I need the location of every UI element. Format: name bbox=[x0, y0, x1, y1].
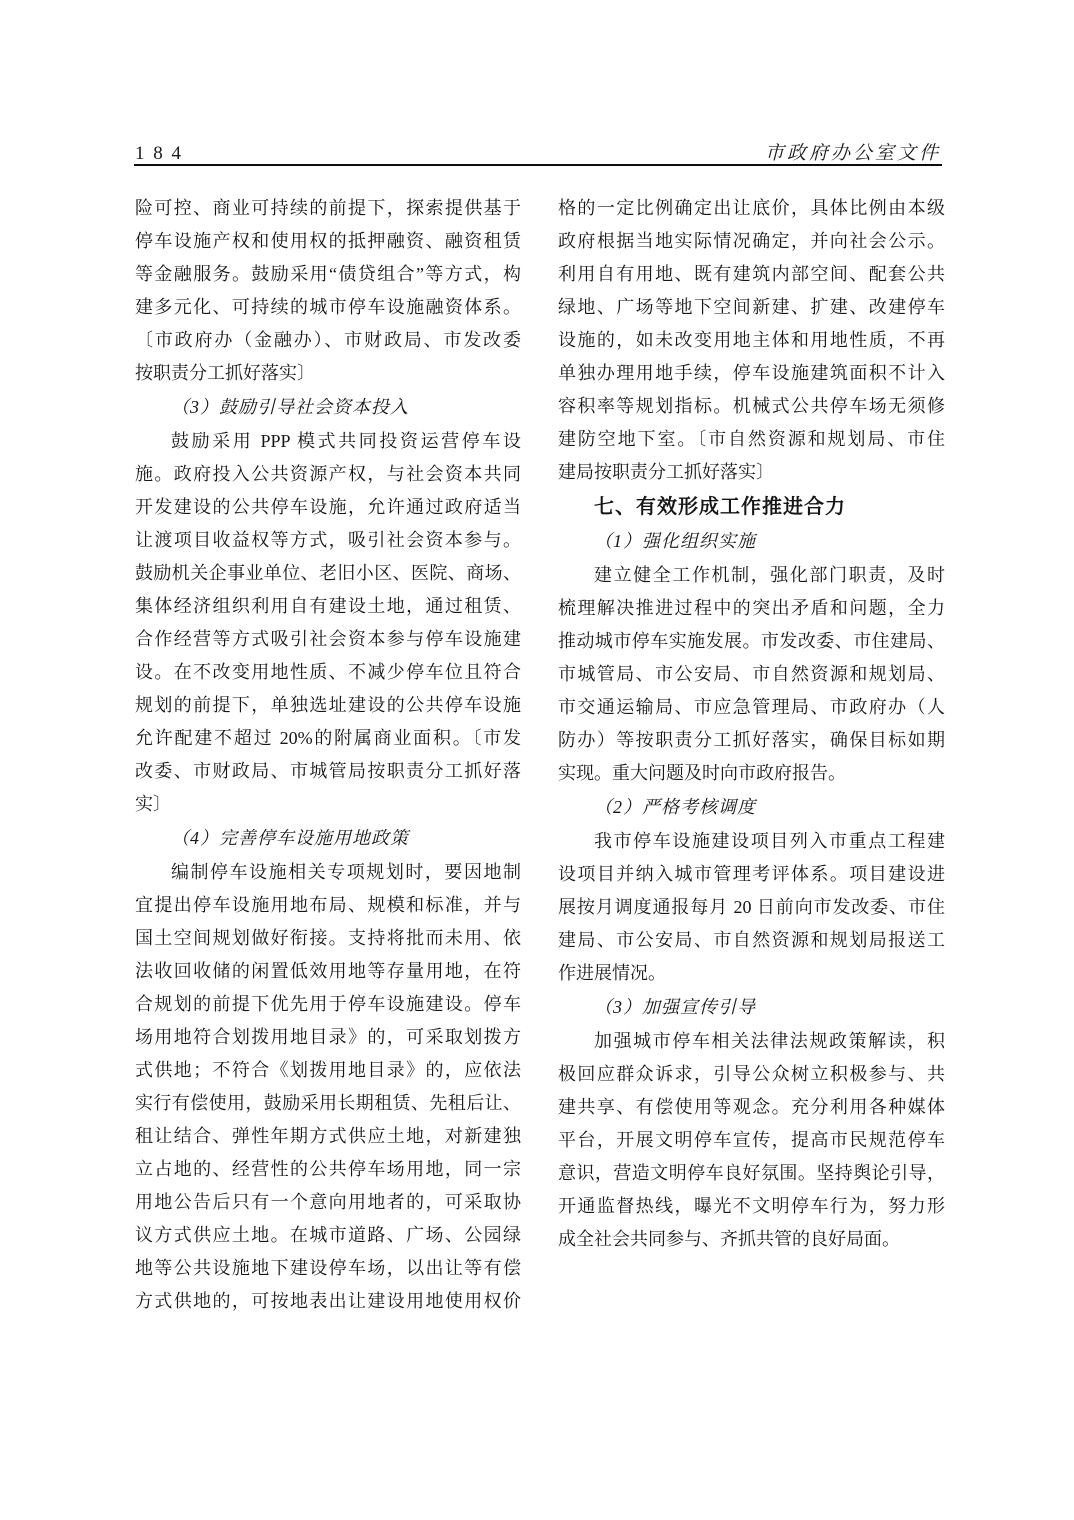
text-line: 鼓励机关企事业单位、老旧小区、医院、商场、 bbox=[135, 557, 521, 590]
text-line: 市城管局、市公安局、市自然资源和规划局、 bbox=[558, 658, 945, 691]
text-line: 改委、市财政局、市城管局按职责分工抓好落 bbox=[135, 755, 521, 788]
text-line: 作进展情况。 bbox=[558, 957, 945, 990]
text-line: 单独办理用地手续，停车设施建筑面积不计入 bbox=[558, 357, 945, 390]
text-line: 地等公共设施地下建设停车场，以出让等有偿 bbox=[135, 1252, 521, 1285]
text-line: 利用自有用地、既有建筑内部空间、配套公共 bbox=[558, 258, 945, 291]
text-line: 绿地、广场等地下空间新建、扩建、改建停车 bbox=[558, 291, 945, 324]
text-line: 设。在不改变用地性质、不减少停车位且符合 bbox=[135, 656, 521, 689]
text-line: 国土空间规划做好衔接。支持将批而未用、依 bbox=[135, 922, 521, 955]
text-line: 等金融服务。鼓励采用“债贷组合”等方式，构 bbox=[135, 258, 521, 291]
text-line: 式供地；不符合《划拨用地目录》的，应依法 bbox=[135, 1054, 521, 1087]
text-line: 极回应群众诉求，引导公众树立积极参与、共 bbox=[558, 1058, 945, 1091]
subsection-heading: （1）强化组织实施 bbox=[558, 525, 945, 558]
subsection-heading: （3）加强宣传引导 bbox=[558, 991, 945, 1024]
text-line: 合作经营等方式吸引社会资本参与停车设施建 bbox=[135, 623, 521, 656]
text-line: 开发建设的公共停车设施，允许通过政府适当 bbox=[135, 491, 521, 524]
text-line: 险可控、商业可持续的前提下，探索提供基于 bbox=[135, 192, 521, 225]
text-line: 场用地符合划拨用地目录》的，可采取划拨方 bbox=[135, 1021, 521, 1054]
text-line: 平台，开展文明停车宣传，提高市民规范停车 bbox=[558, 1124, 945, 1157]
text-line: 建局、市公安局、市自然资源和规划局报送工 bbox=[558, 924, 945, 957]
text-line: 开通监督热线，曝光不文明停车行为，努力形 bbox=[558, 1190, 945, 1223]
text-line: 用地公告后只有一个意向用地者的，可采取协 bbox=[135, 1186, 521, 1219]
text-line: 实现。重大问题及时向市政府报告。 bbox=[558, 757, 945, 790]
text-line: 方式供地的，可按地表出让建设用地使用权价 bbox=[135, 1285, 521, 1318]
page-header: 1 8 4 市政府办公室文件 bbox=[135, 138, 941, 165]
text-line: 集体经济组织利用自有建设土地，通过租赁、 bbox=[135, 590, 521, 623]
text-line: 实〕 bbox=[135, 788, 521, 821]
text-line: 法收回收储的闲置低效用地等存量用地，在符 bbox=[135, 955, 521, 988]
text-column-left: 险可控、商业可持续的前提下，探索提供基于停车设施产权和使用权的抵押融资、融资租赁… bbox=[135, 192, 521, 1318]
text-line: 规划的前提下，单独选址建设的公共停车设施 bbox=[135, 689, 521, 722]
text-line: 让渡项目收益权等方式，吸引社会资本参与。 bbox=[135, 524, 521, 557]
subsection-heading: （4）完善停车设施用地政策 bbox=[135, 822, 521, 855]
text-line: 我市停车设施建设项目列入市重点工程建 bbox=[558, 825, 945, 858]
text-line: 推动城市停车实施发展。市发改委、市住建局、 bbox=[558, 625, 945, 658]
text-line: 成全社会共同参与、齐抓共管的良好局面。 bbox=[558, 1223, 945, 1256]
text-line: 建局按职责分工抓好落实〕 bbox=[558, 456, 945, 489]
text-line: 政府根据当地实际情况确定，并向社会公示。 bbox=[558, 225, 945, 258]
text-line: 鼓励采用 PPP 模式共同投资运营停车设 bbox=[135, 425, 521, 458]
text-line: 加强城市停车相关法律法规政策解读，积 bbox=[558, 1025, 945, 1058]
doc-type-label: 市政府办公室文件 bbox=[765, 138, 941, 165]
header-divider bbox=[134, 164, 942, 166]
page-number: 1 8 4 bbox=[135, 143, 183, 165]
text-line: 建多元化、可持续的城市停车设施融资体系。 bbox=[135, 291, 521, 324]
text-line: 建立健全工作机制，强化部门职责，及时 bbox=[558, 559, 945, 592]
text-line: 梳理解决推进过程中的突出矛盾和问题，全力 bbox=[558, 592, 945, 625]
text-line: 意识，营造文明停车良好氛围。坚持舆论引导， bbox=[558, 1157, 945, 1190]
text-line: 设施的，如未改变用地主体和用地性质，不再 bbox=[558, 324, 945, 357]
text-line: 格的一定比例确定出让底价，具体比例由本级 bbox=[558, 192, 945, 225]
text-line: 市交通运输局、市应急管理局、市政府办（人 bbox=[558, 691, 945, 724]
subsection-heading: （2）严格考核调度 bbox=[558, 791, 945, 824]
text-column-right: 格的一定比例确定出让底价，具体比例由本级政府根据当地实际情况确定，并向社会公示。… bbox=[558, 192, 945, 1256]
text-line: 按职责分工抓好落实〕 bbox=[135, 357, 521, 390]
text-line: 〔市政府办（金融办）、市财政局、市发改委 bbox=[135, 324, 521, 357]
text-line: 议方式供应土地。在城市道路、广场、公园绿 bbox=[135, 1219, 521, 1252]
text-line: 宜提出停车设施用地布局、规模和标准，并与 bbox=[135, 889, 521, 922]
text-line: 合规划的前提下优先用于停车设施建设。停车 bbox=[135, 988, 521, 1021]
text-line: 展按月调度通报每月 20 日前向市发改委、市住 bbox=[558, 891, 945, 924]
document-page: 1 8 4 市政府办公室文件 险可控、商业可持续的前提下，探索提供基于停车设施产… bbox=[0, 0, 1074, 1520]
text-line: 实行有偿使用，鼓励采用长期租赁、先租后让、 bbox=[135, 1087, 521, 1120]
text-line: 立占地的、经营性的公共停车场用地，同一宗 bbox=[135, 1153, 521, 1186]
text-line: 编制停车设施相关专项规划时，要因地制 bbox=[135, 856, 521, 889]
text-line: 建共享、有偿使用等观念。充分利用各种媒体 bbox=[558, 1091, 945, 1124]
text-line: 防办）等按职责分工抓好落实，确保目标如期 bbox=[558, 724, 945, 757]
section-heading: 七、有效形成工作推进合力 bbox=[558, 491, 945, 524]
text-line: 租让结合、弹性年期方式供应土地，对新建独 bbox=[135, 1120, 521, 1153]
subsection-heading: （3）鼓励引导社会资本投入 bbox=[135, 391, 521, 424]
text-line: 施。政府投入公共资源产权，与社会资本共同 bbox=[135, 458, 521, 491]
text-line: 停车设施产权和使用权的抵押融资、融资租赁 bbox=[135, 225, 521, 258]
text-line: 容积率等规划指标。机械式公共停车场无须修 bbox=[558, 390, 945, 423]
text-line: 设项目并纳入城市管理考评体系。项目建设进 bbox=[558, 858, 945, 891]
text-line: 允许配建不超过 20%的附属商业面积。〔市发 bbox=[135, 722, 521, 755]
text-line: 建防空地下室。〔市自然资源和规划局、市住 bbox=[558, 423, 945, 456]
